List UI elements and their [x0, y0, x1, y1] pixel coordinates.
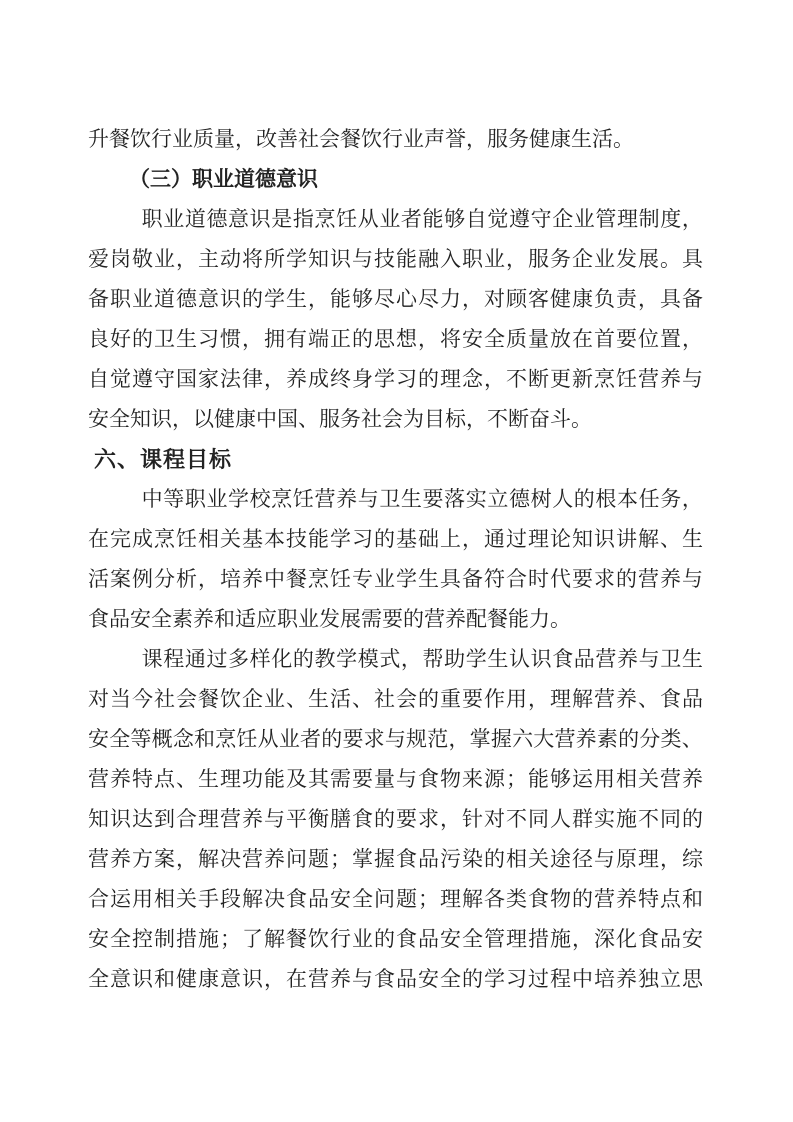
- paragraph-line: 安全控制措施；了解餐饮行业的食品安全管理措施，深化食品安: [88, 918, 703, 958]
- paragraph-line: 课程通过多样化的教学模式，帮助学生认识食品营养与卫生: [88, 638, 703, 678]
- subsection-heading: （三）职业道德意识: [88, 158, 703, 198]
- paragraph-line: 在完成烹饪相关基本技能学习的基础上，通过理论知识讲解、生: [88, 518, 703, 558]
- paragraph-line: 知识达到合理营养与平衡膳食的要求，针对不同人群实施不同的: [88, 798, 703, 838]
- paragraph-line: 合运用相关手段解决食品安全问题；理解各类食物的营养特点和: [88, 878, 703, 918]
- paragraph-line: 备职业道德意识的学生，能够尽心尽力，对顾客健康负责，具备: [88, 278, 703, 318]
- paragraph-line: 升餐饮行业质量，改善社会餐饮行业声誉，服务健康生活。: [88, 118, 703, 158]
- paragraph-line: 营养方案，解决营养问题；掌握食品污染的相关途径与原理，综: [88, 838, 703, 878]
- paragraph-line: 爱岗敬业，主动将所学知识与技能融入职业，服务企业发展。具: [88, 238, 703, 278]
- paragraph-line: 中等职业学校烹饪营养与卫生要落实立德树人的根本任务，: [88, 478, 703, 518]
- paragraph-line: 食品安全素养和适应职业发展需要的营养配餐能力。: [88, 598, 703, 638]
- paragraph-line: 职业道德意识是指烹饪从业者能够自觉遵守企业管理制度，: [88, 198, 703, 238]
- section-heading: 六、课程目标: [88, 438, 703, 478]
- paragraph-line: 营养特点、生理功能及其需要量与食物来源；能够运用相关营养: [88, 758, 703, 798]
- paragraph-line: 自觉遵守国家法律，养成终身学习的理念，不断更新烹饪营养与: [88, 358, 703, 398]
- paragraph-line: 活案例分析，培养中餐烹饪专业学生具备符合时代要求的营养与: [88, 558, 703, 598]
- document-text-column: 升餐饮行业质量，改善社会餐饮行业声誉，服务健康生活。（三）职业道德意识职业道德意…: [88, 118, 703, 998]
- paragraph-line: 对当今社会餐饮企业、生活、社会的重要作用，理解营养、食品: [88, 678, 703, 718]
- paragraph-line: 全意识和健康意识，在营养与食品安全的学习过程中培养独立思: [88, 958, 703, 998]
- paragraph-line: 安全知识，以健康中国、服务社会为目标，不断奋斗。: [88, 398, 703, 438]
- paragraph-line: 安全等概念和烹饪从业者的要求与规范，掌握六大营养素的分类、: [88, 718, 703, 758]
- document-page: 升餐饮行业质量，改善社会餐饮行业声誉，服务健康生活。（三）职业道德意识职业道德意…: [0, 0, 793, 1122]
- paragraph-line: 良好的卫生习惯，拥有端正的思想，将安全质量放在首要位置，: [88, 318, 703, 358]
